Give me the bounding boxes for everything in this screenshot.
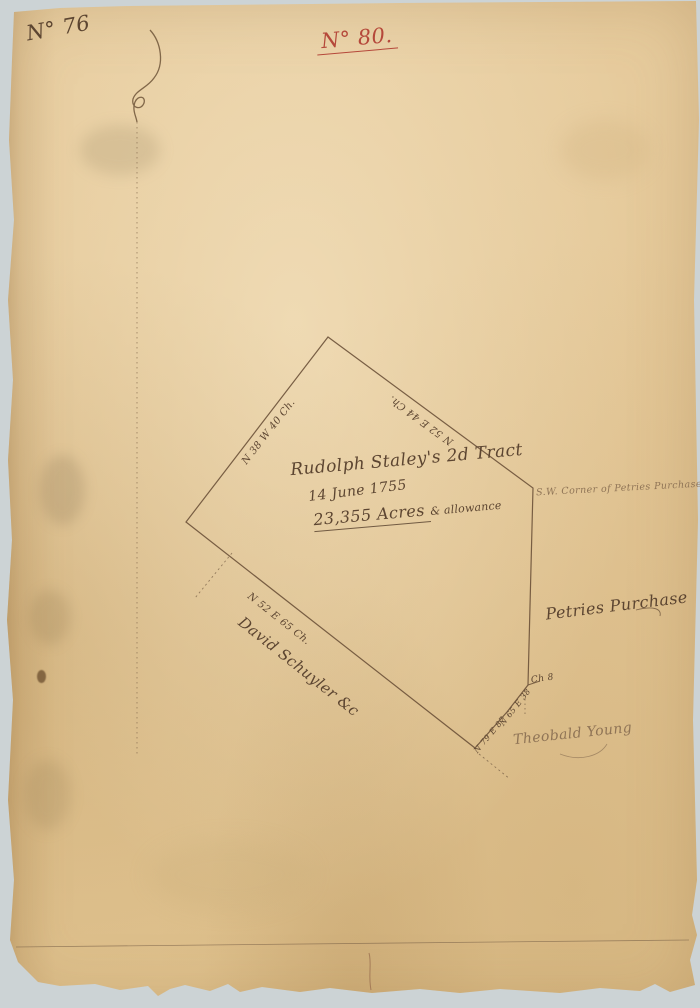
paper-crack xyxy=(369,953,371,990)
tract-outline xyxy=(186,337,533,748)
fold-flourish xyxy=(133,30,161,122)
dotted-extension-west xyxy=(195,553,232,598)
survey-drawing xyxy=(0,0,700,1008)
scanned-survey-map: N° 76 N° 80. Rudolph Staley's 2d Tract 1… xyxy=(0,0,700,1008)
acres-number: 23,355 xyxy=(313,505,373,529)
young-flourish xyxy=(560,744,607,758)
ruled-line xyxy=(16,940,689,947)
dotted-extension-se xyxy=(479,754,510,779)
acres-unit: Acres xyxy=(376,501,425,524)
